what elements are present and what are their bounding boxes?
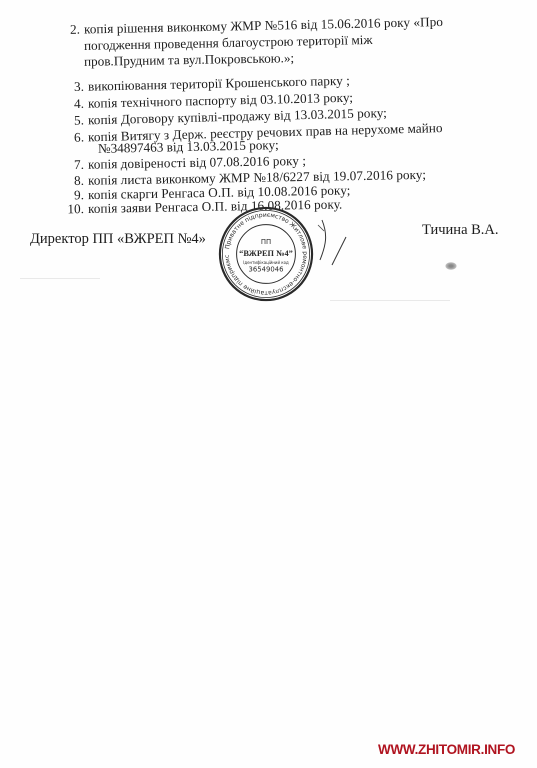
stamp-code: 36549046 (249, 266, 284, 274)
stamp-code-label: Ідентифікаційний код (243, 260, 289, 265)
stamp-org: “ВЖРЕП №4” (239, 249, 293, 258)
item-number: 10. (58, 201, 84, 216)
signatory-position: Директор ПП «ВЖРЕП №4» (30, 231, 206, 248)
item-number: 5. (66, 112, 84, 127)
item-number: 3. (66, 79, 84, 94)
item-continuation: пров.Прудним та вул.Покровською.»; (84, 50, 294, 69)
site-watermark: WWW.ZHITOMIR.INFO (378, 742, 515, 757)
item-text: копія рішення виконкому ЖМР №516 від 15.… (84, 14, 443, 37)
stamp-type: ПП (261, 238, 271, 246)
item-number: 6. (66, 129, 84, 144)
company-stamp: Приватне підприємство Житлове ремонтно-е… (217, 205, 315, 303)
item-number: 8. (66, 173, 84, 188)
scan-artifact (20, 278, 100, 279)
item-number: 2. (62, 22, 80, 37)
item-number: 7. (66, 157, 84, 172)
item-number: 4. (66, 96, 84, 111)
signatory-name: Тичина В.А. (422, 222, 499, 239)
scanned-document-page: 2.копія рішення виконкому ЖМР №516 від 1… (0, 0, 537, 768)
handwritten-signature (310, 215, 350, 295)
scan-artifact (330, 300, 450, 301)
ink-smudge (445, 262, 457, 270)
